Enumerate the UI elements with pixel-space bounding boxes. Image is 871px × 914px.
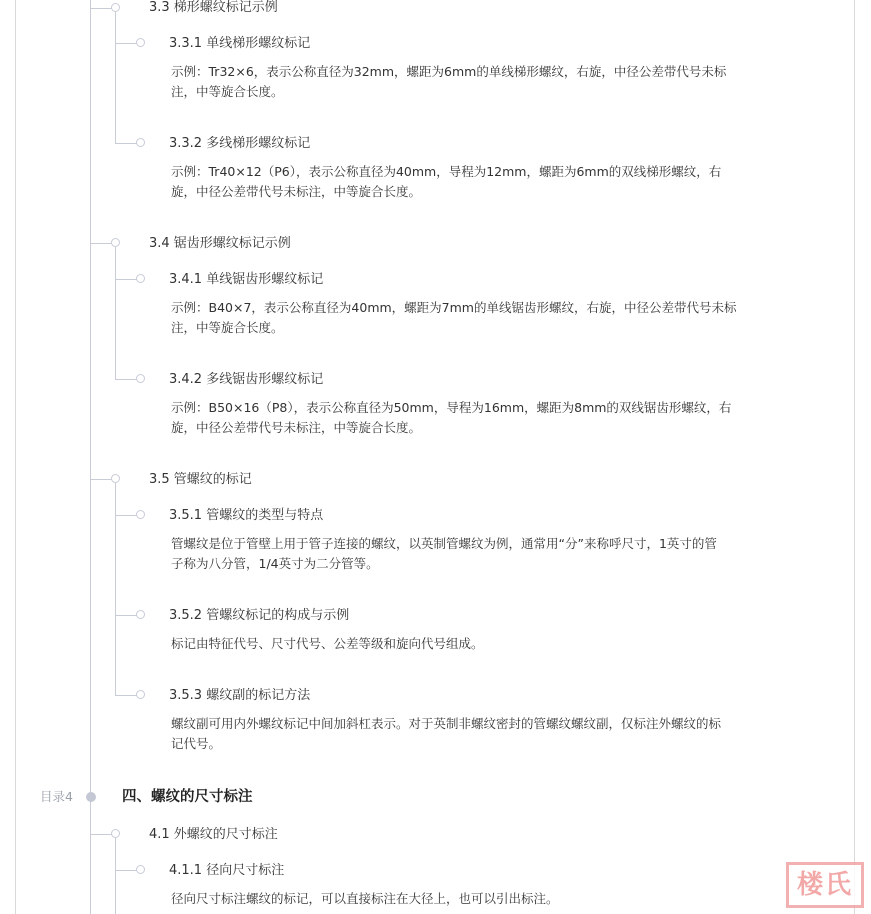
subsection-3-5-1-text-line2: 子称为八分管，1/4英寸为二分管等。 — [171, 554, 791, 574]
subsection-3-5-1-text-line1: 管螺纹是位于管壁上用于管子连接的螺纹，以英制管螺纹为例，通常用“分”来称呼尺寸，… — [171, 534, 791, 554]
connector-3-3-2 — [115, 143, 137, 144]
connector-3-4-1 — [115, 279, 137, 280]
subsection-3-3-2-title[interactable]: 3.3.2 多线梯形螺纹标记 — [169, 136, 310, 152]
subsection-4-1-1-title[interactable]: 4.1.1 径向尺寸标注 — [169, 863, 284, 879]
section-4-1-spine — [115, 838, 116, 914]
subsection-3-4-1-title[interactable]: 3.4.1 单线锯齿形螺纹标记 — [169, 272, 323, 288]
node-3-5-2-icon — [136, 610, 145, 619]
subsection-3-5-3-text-line2: 记代号。 — [171, 734, 791, 754]
section-3-4-spine — [115, 247, 116, 380]
subsection-3-4-1-text-line2: 注，中等旋合长度。 — [171, 318, 791, 338]
connector-4-1 — [90, 834, 112, 835]
node-3-5-icon — [111, 474, 120, 483]
subsection-3-3-2-text-line1: 示例：Tr40×12（P6），表示公称直径为40mm，导程为12mm，螺距为6m… — [171, 162, 791, 182]
toc-label-4[interactable]: 目录4 — [40, 789, 73, 805]
subsection-3-5-3-text-line1: 螺纹副可用内外螺纹标记中间加斜杠表示。对于英制非螺纹密封的管螺纹螺纹副，仅标注外… — [171, 714, 791, 734]
watermark-stamp: 楼氏 — [786, 862, 864, 908]
connector-3-4 — [90, 243, 112, 244]
connector-3-5-3 — [115, 695, 137, 696]
section-4-1-title[interactable]: 4.1 外螺纹的尺寸标注 — [149, 827, 278, 843]
node-3-4-2-icon — [136, 374, 145, 383]
subsection-3-4-2-text-line1: 示例：B50×16（P8），表示公称直径为50mm，导程为16mm，螺距为8mm… — [171, 398, 791, 418]
subsection-3-3-1-text-line2: 注，中等旋合长度。 — [171, 82, 791, 102]
watermark-text: 楼氏 — [797, 870, 853, 900]
node-4-1-1-icon — [136, 865, 145, 874]
subsection-3-4-2-text-line2: 旋，中径公差带代号未标注，中等旋合长度。 — [171, 418, 791, 438]
node-3-5-1-icon — [136, 510, 145, 519]
subsection-3-3-2-text-line2: 旋，中径公差带代号未标注，中等旋合长度。 — [171, 182, 791, 202]
subsection-3-5-1-title[interactable]: 3.5.1 管螺纹的类型与特点 — [169, 508, 323, 524]
subsection-3-3-1-text-line1: 示例：Tr32×6，表示公称直径为32mm，螺距为6mm的单线梯形螺纹，右旋，中… — [171, 62, 791, 82]
connector-3-5-2 — [115, 615, 137, 616]
section-3-3-spine — [115, 12, 116, 144]
connector-4-1-1 — [115, 870, 137, 871]
connector-3-3 — [90, 8, 112, 9]
chapter-4-title[interactable]: 四、螺纹的尺寸标注 — [122, 788, 253, 806]
chapter-spine — [90, 0, 91, 914]
node-3-3-icon — [111, 3, 120, 12]
node-3-4-icon — [111, 238, 120, 247]
node-3-4-1-icon — [136, 274, 145, 283]
connector-3-5 — [90, 479, 112, 480]
subsection-3-5-3-title[interactable]: 3.5.3 螺纹副的标记方法 — [169, 688, 310, 704]
page-border-right — [854, 0, 855, 914]
subsection-3-5-2-text-line1: 标记由特征代号、尺寸代号、公差等级和旋向代号组成。 — [171, 634, 791, 654]
connector-3-4-2 — [115, 379, 137, 380]
subsection-3-3-1-title[interactable]: 3.3.1 单线梯形螺纹标记 — [169, 36, 310, 52]
node-4-1-icon — [111, 829, 120, 838]
section-3-4-title[interactable]: 3.4 锯齿形螺纹标记示例 — [149, 236, 291, 252]
node-3-5-3-icon — [136, 690, 145, 699]
subsection-3-5-2-title[interactable]: 3.5.2 管螺纹标记的构成与示例 — [169, 608, 349, 624]
node-3-3-2-icon — [136, 138, 145, 147]
page-border-left — [15, 0, 16, 914]
section-3-3-title[interactable]: 3.3 梯形螺纹标记示例 — [149, 0, 278, 16]
chapter-4-dot-icon — [86, 792, 96, 802]
subsection-3-4-1-text-line1: 示例：B40×7，表示公称直径为40mm，螺距为7mm的单线锯齿形螺纹，右旋，中… — [171, 298, 791, 318]
connector-3-5-1 — [115, 515, 137, 516]
subsection-4-1-1-text-line1: 径向尺寸标注螺纹的标记，可以直接标注在大径上，也可以引出标注。 — [171, 889, 791, 909]
subsection-3-4-2-title[interactable]: 3.4.2 多线锯齿形螺纹标记 — [169, 372, 323, 388]
section-3-5-title[interactable]: 3.5 管螺纹的标记 — [149, 472, 252, 488]
connector-3-3-1 — [115, 43, 137, 44]
node-3-3-1-icon — [136, 38, 145, 47]
